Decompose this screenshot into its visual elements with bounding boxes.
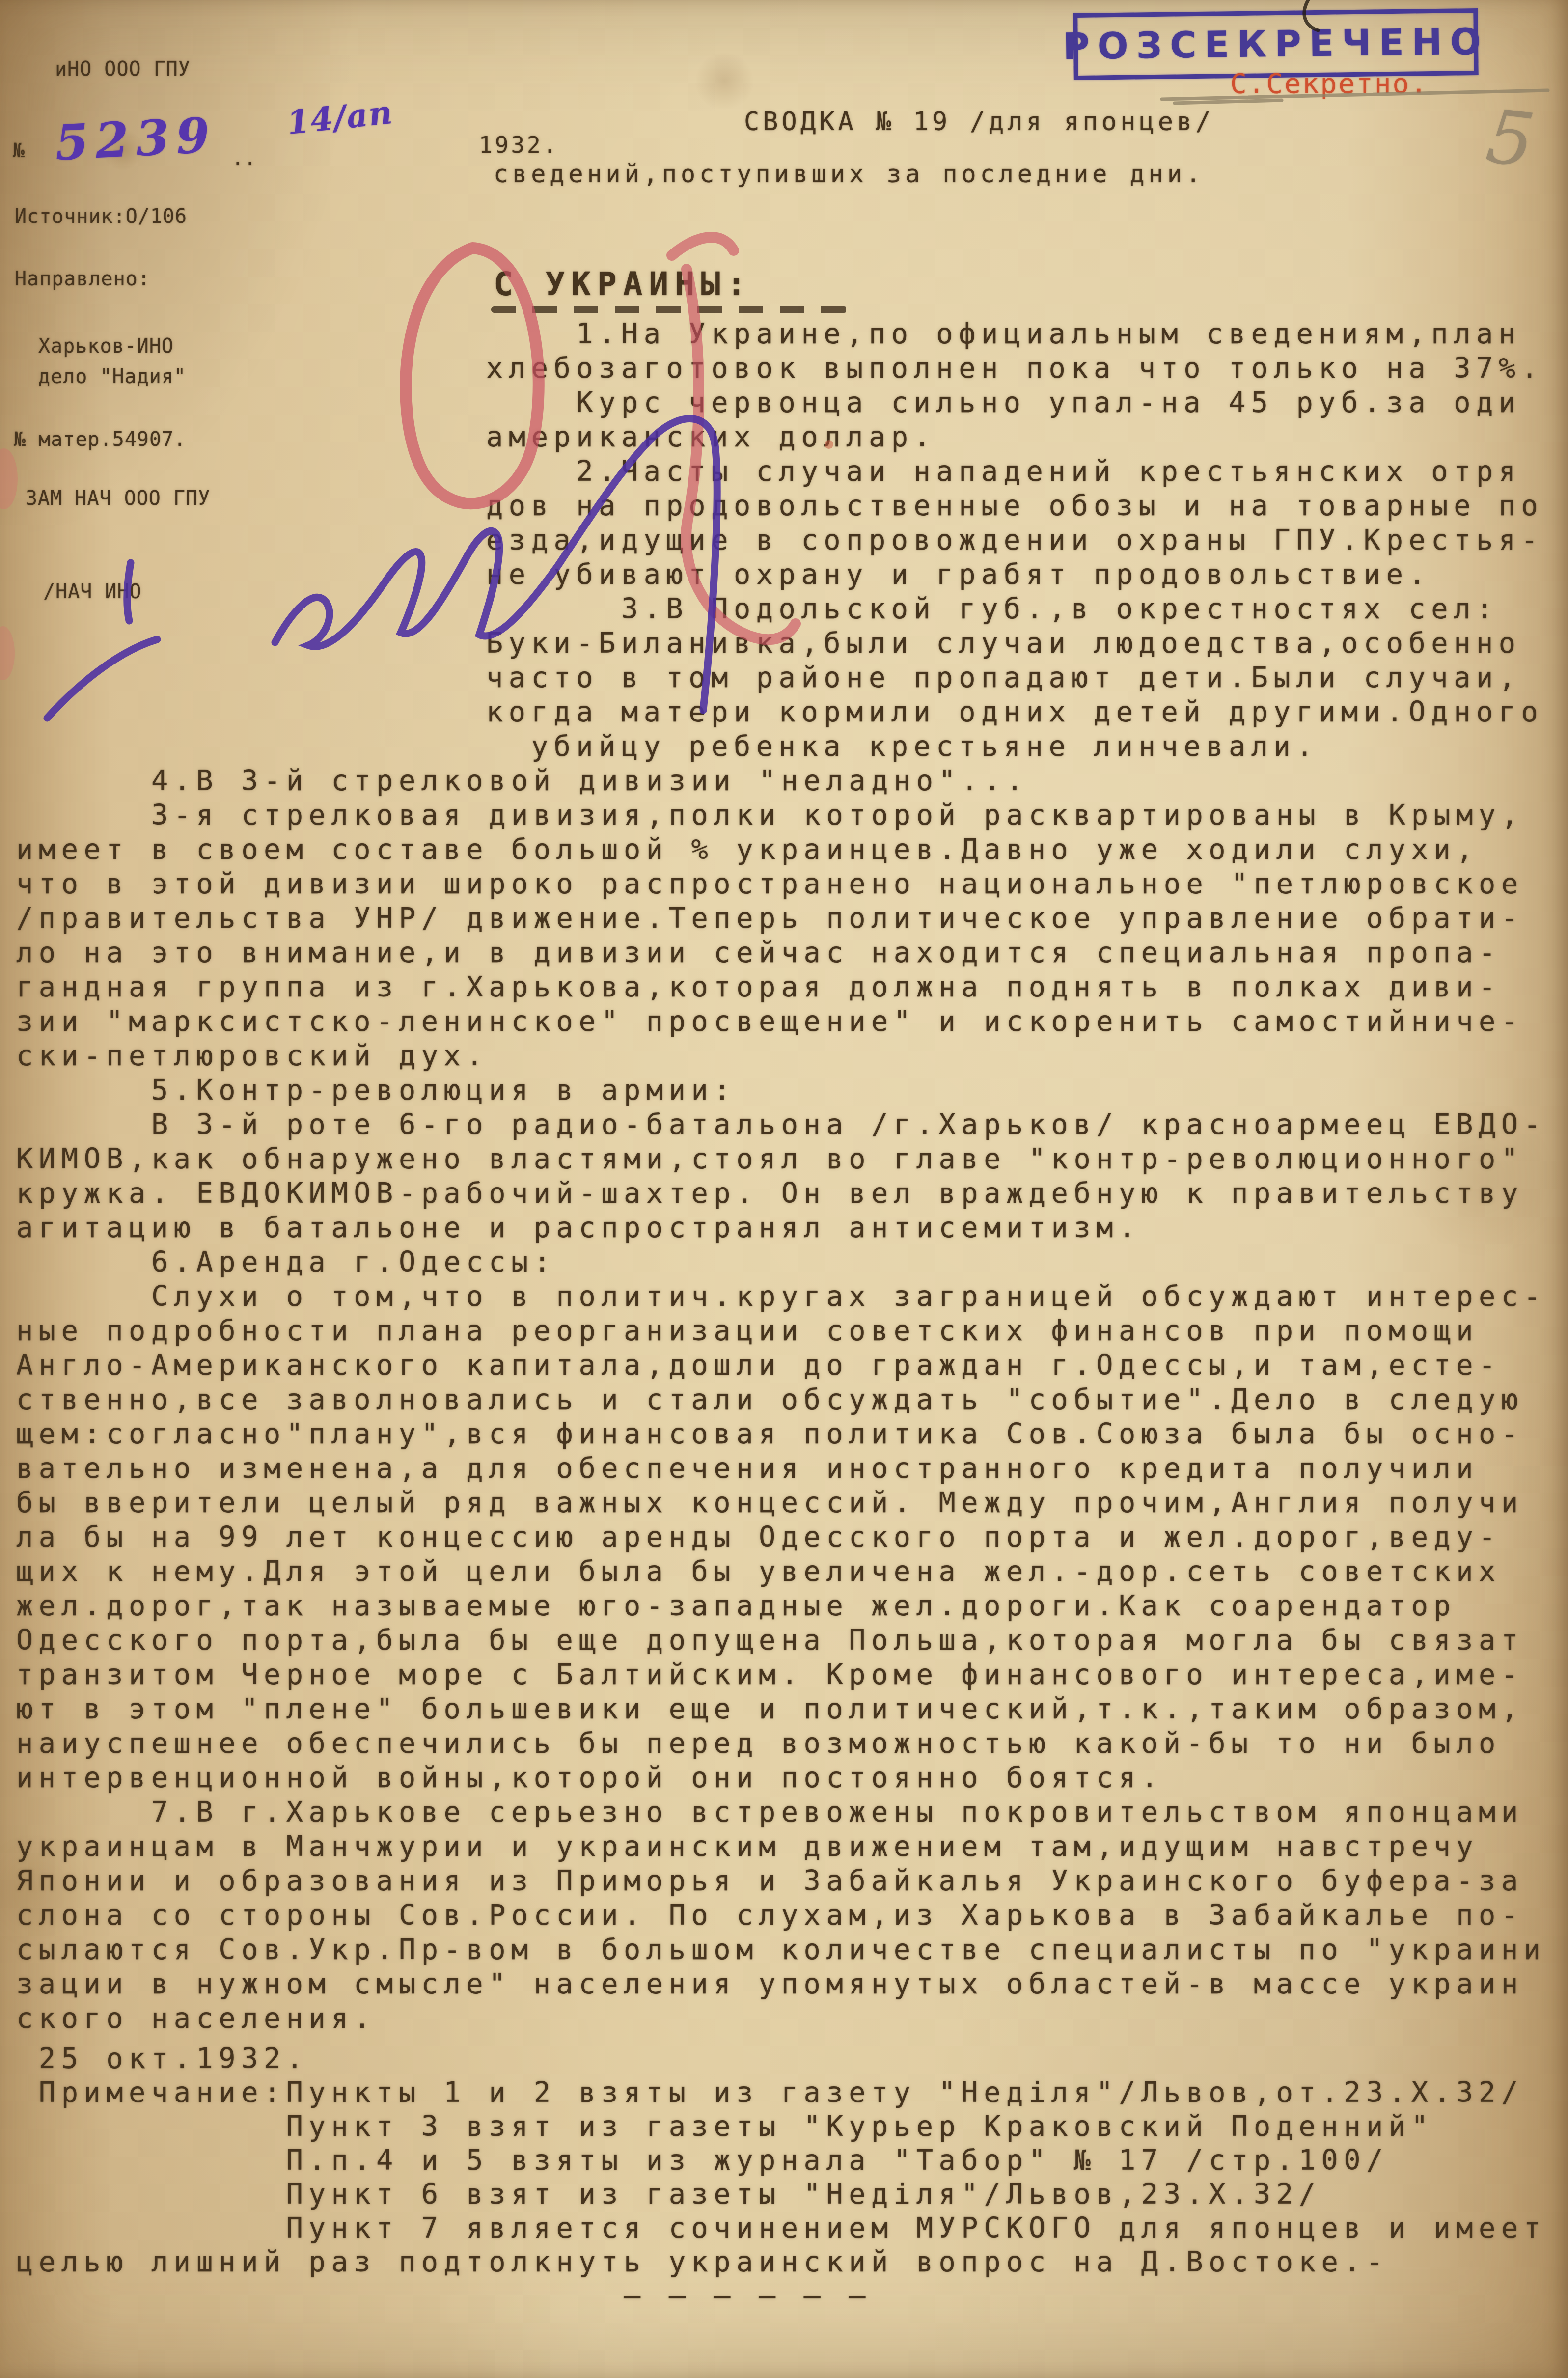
number-dots: .. — [232, 147, 256, 170]
document-number-handwritten: 5239 — [54, 107, 218, 171]
page-number-pencil: 5 — [1482, 94, 1539, 184]
red-smudge-left-lower — [0, 626, 15, 680]
document-title-line1: СВОДКА № 19 /для японцев/ — [744, 107, 1214, 137]
year-typed: 1932. — [479, 132, 559, 158]
secrecy-stamp: С.Секретно. — [1230, 68, 1429, 100]
official-line2: /НАЧ ИНО — [43, 581, 142, 603]
document-page: РОЗСЕКРЕЧЕНО С.Секретно. 5 иНО ООО ГПУ №… — [0, 0, 1568, 2378]
directed-to-line2: дело "Надия" — [38, 365, 186, 388]
footer-notes: 25 окт.1932. Примечание:Пункты 1 и 2 взя… — [16, 2042, 1546, 2313]
date-handwritten: 14/ап — [285, 93, 395, 142]
material-number: № матер.54907. — [14, 428, 186, 451]
body-column-right: 1.На Украине,по официальным сведениям,пл… — [486, 317, 1543, 764]
org-name: иНО ООО ГПУ — [55, 58, 191, 81]
number-sign: № — [13, 139, 25, 162]
section-heading-underline — [491, 306, 847, 313]
directed-to-line1: Харьков-ИНО — [38, 335, 174, 358]
source-line: Источник:О/106 — [15, 205, 187, 228]
directed-label: Направлено: — [15, 268, 150, 290]
official-line1: ЗАМ НАЧ ООО ГПУ — [26, 487, 210, 510]
red-smudge-left-upper — [0, 448, 18, 509]
declassified-stamp-text: РОЗСЕКРЕЧЕНО — [1063, 21, 1489, 68]
document-title-line2: сведений,поступивших за последние дни. — [494, 160, 1205, 188]
body-full-width: 4.В 3-й стрелковой дивизии "неладно"... … — [16, 764, 1546, 2036]
section-heading: С УКРАИНЫ: — [494, 265, 752, 303]
